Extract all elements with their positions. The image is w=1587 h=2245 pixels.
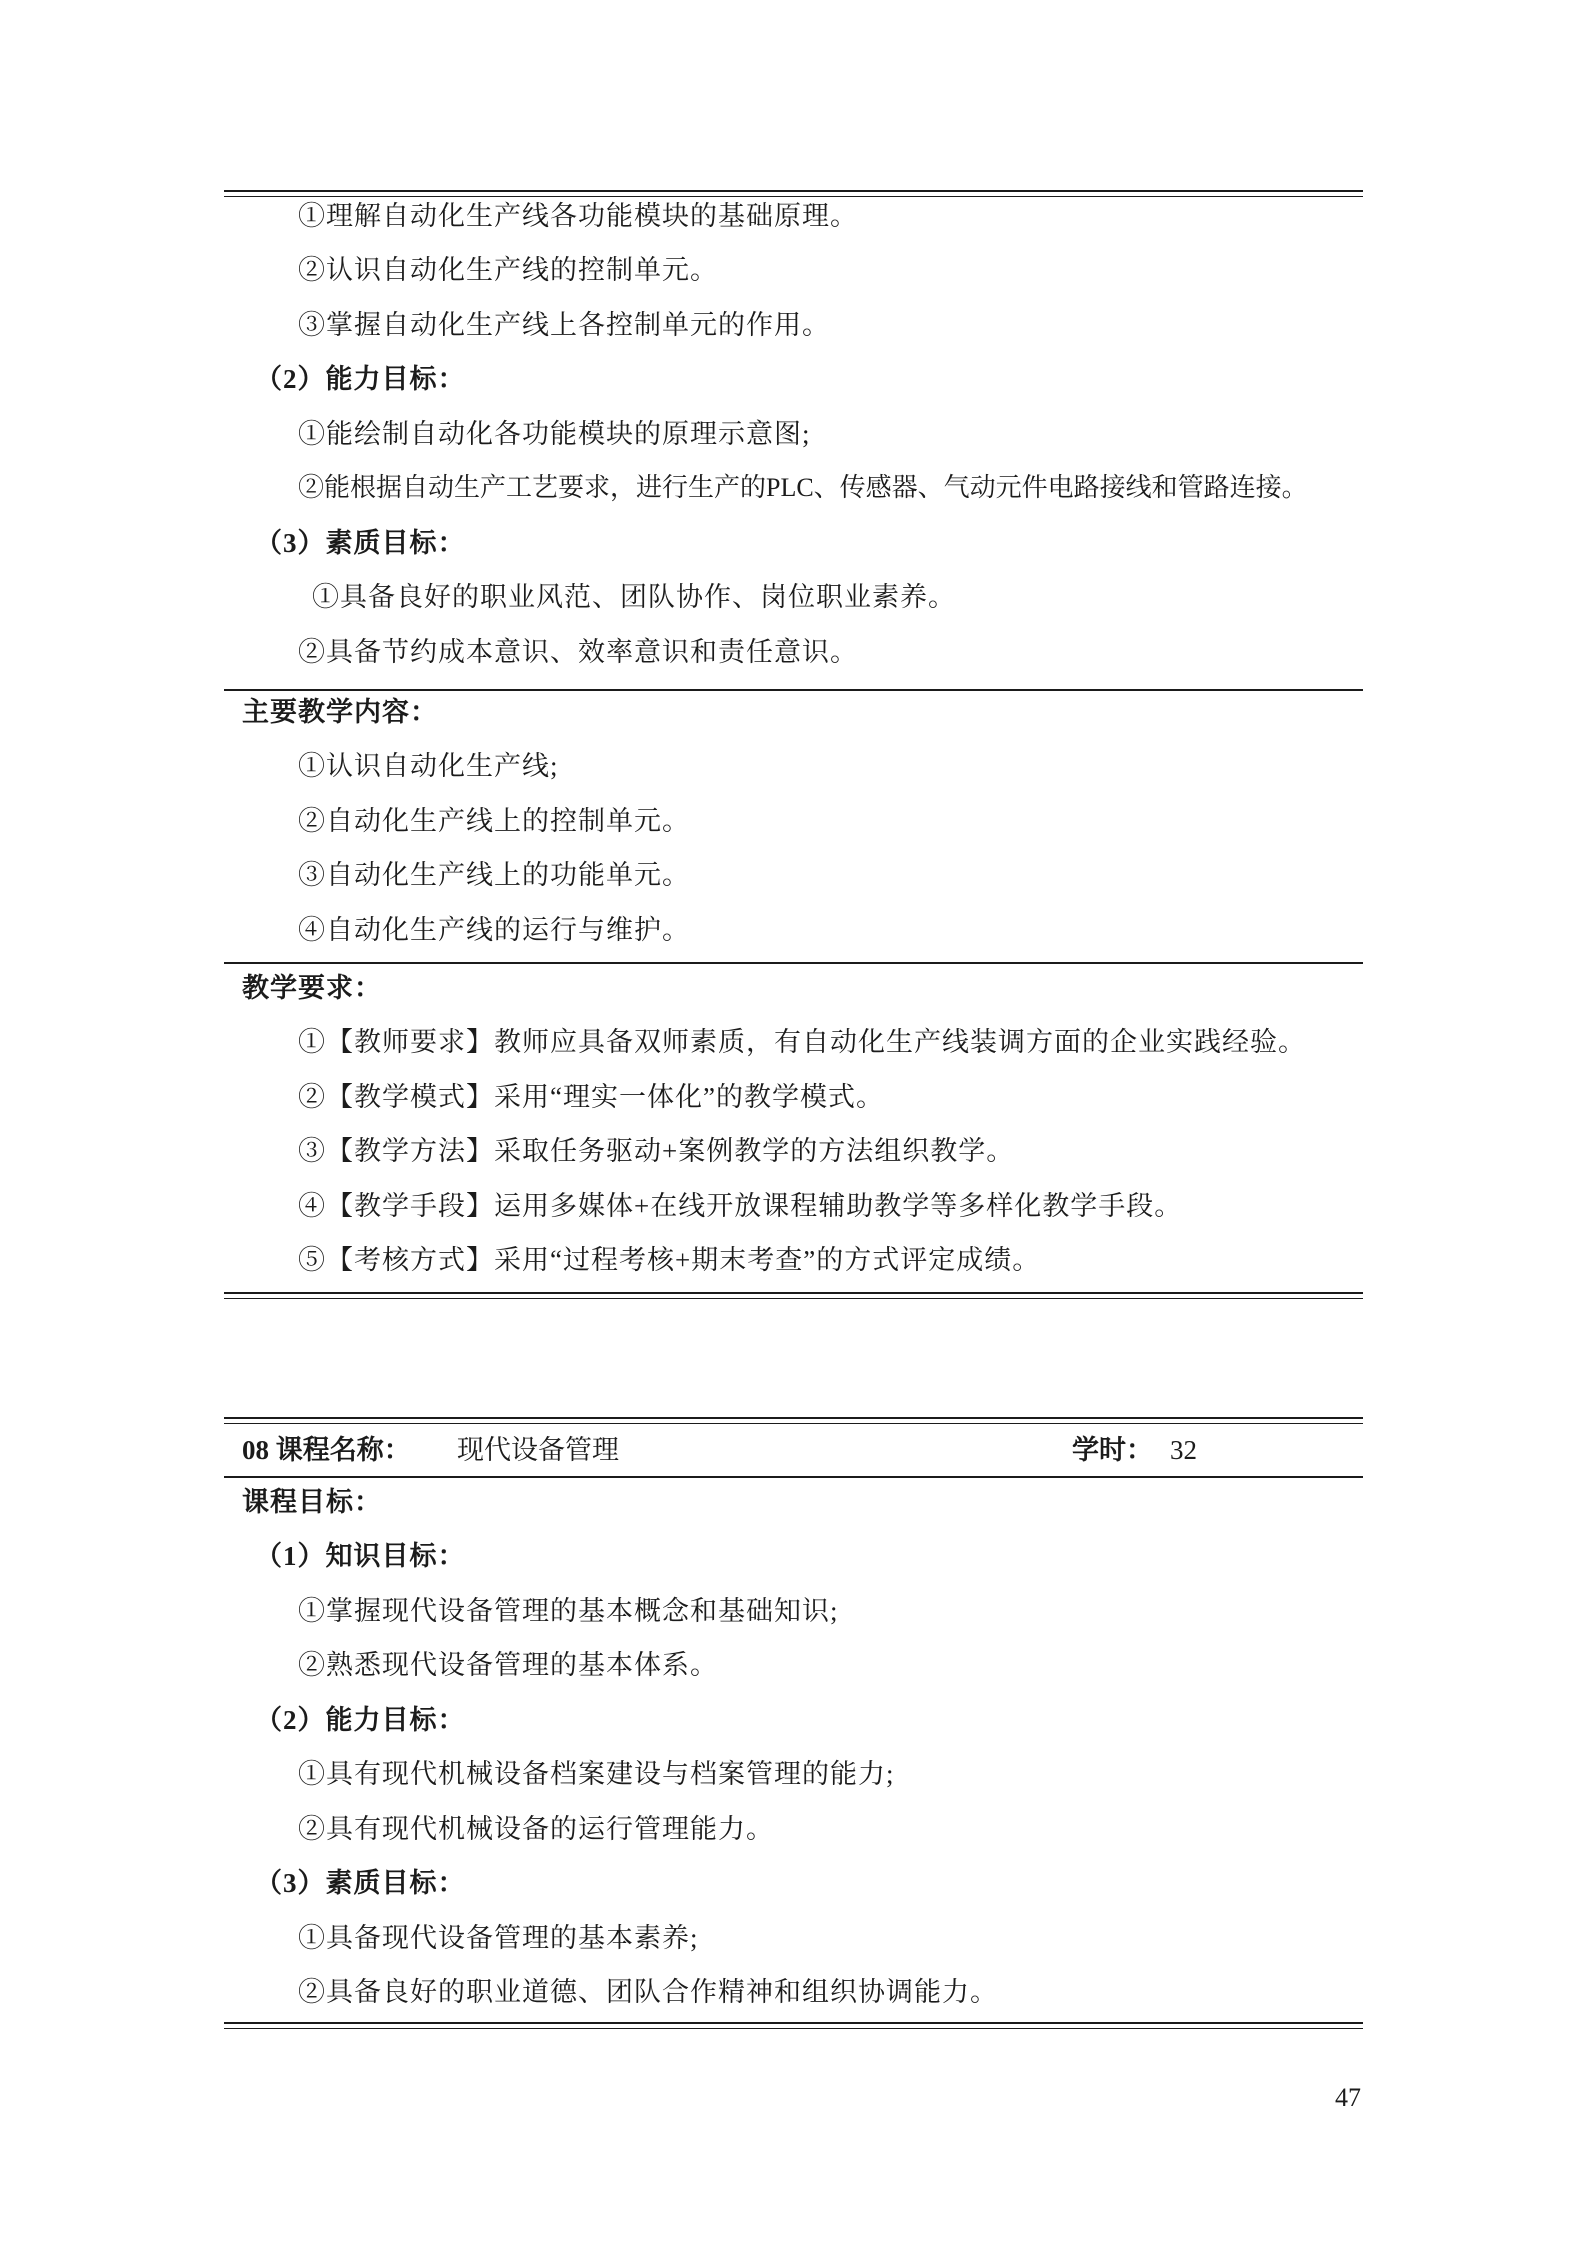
table2-top-border bbox=[224, 1417, 1363, 1424]
table1-bottom-border bbox=[224, 1292, 1363, 1299]
goal-row: ②具有现代机械设备的运行管理能力。 bbox=[298, 1802, 774, 1856]
table2-bottom-border bbox=[224, 2022, 1363, 2029]
hours-label: 学时： bbox=[1072, 1424, 1153, 1476]
objective-row: ②能根据自动生产工艺要求，进行生产的PLC、传感器、气动元件电路接线和管路连接。 bbox=[298, 461, 1308, 515]
requirement-row: ①【教师要求】教师应具备双师素质，有自动化生产线装调方面的企业实践经验。 bbox=[298, 1015, 1306, 1069]
requirements-section-header: 教学要求： bbox=[242, 961, 382, 1015]
section-header-quality: （3）素质目标： bbox=[255, 516, 466, 570]
goal-row: ②熟悉现代设备管理的基本体系。 bbox=[298, 1638, 718, 1692]
objective-row: ①能绘制自动化各功能模块的原理示意图; bbox=[298, 407, 811, 461]
goal-section-ability: （2）能力目标： bbox=[255, 1693, 466, 1747]
course-number-label: 08 课程名称： bbox=[242, 1424, 411, 1476]
requirement-row: ②【教学模式】采用“理实一体化”的教学模式。 bbox=[298, 1070, 884, 1124]
goal-section-quality: （3）素质目标： bbox=[255, 1856, 466, 1910]
content-row: ①认识自动化生产线; bbox=[298, 739, 559, 793]
section-header-ability: （2）能力目标： bbox=[255, 352, 466, 406]
objective-row: ②具备节约成本意识、效率意识和责任意识。 bbox=[298, 625, 858, 679]
goal-row: ①具有现代机械设备档案建设与档案管理的能力; bbox=[298, 1747, 895, 1801]
hours-value: 32 bbox=[1170, 1424, 1197, 1476]
course-name: 现代设备管理 bbox=[457, 1424, 619, 1476]
content-row: ③自动化生产线上的功能单元。 bbox=[298, 848, 690, 902]
page-number: 47 bbox=[1322, 2071, 1374, 2125]
objective-row: ①具备良好的职业风范、团队协作、岗位职业素养。 bbox=[312, 570, 956, 624]
objective-row: ①理解自动化生产线各功能模块的基础原理。 bbox=[298, 189, 858, 243]
requirement-row: ③【教学方法】采取任务驱动+案例教学的方法组织教学。 bbox=[298, 1124, 1014, 1178]
objective-row: ②认识自动化生产线的控制单元。 bbox=[298, 243, 718, 297]
requirement-row: ⑤【考核方式】采用“过程考核+期末考查”的方式评定成绩。 bbox=[298, 1233, 1040, 1287]
goal-row: ②具备良好的职业道德、团队合作精神和组织协调能力。 bbox=[298, 1965, 998, 2019]
table1-divider-requirements bbox=[224, 962, 1363, 964]
content-section-header: 主要教学内容： bbox=[242, 685, 438, 739]
objective-row: ③掌握自动化生产线上各控制单元的作用。 bbox=[298, 298, 830, 352]
course-header-row: 08 课程名称： 现代设备管理 学时： 32 bbox=[242, 1424, 1363, 1476]
table2-header-divider bbox=[224, 1476, 1363, 1478]
requirement-row: ④【教学手段】运用多媒体+在线开放课程辅助教学等多样化教学手段。 bbox=[298, 1179, 1182, 1233]
goal-row: ①掌握现代设备管理的基本概念和基础知识; bbox=[298, 1584, 839, 1638]
goal-section-knowledge: （1）知识目标： bbox=[255, 1529, 466, 1583]
content-row: ④自动化生产线的运行与维护。 bbox=[298, 903, 690, 957]
content-row: ②自动化生产线上的控制单元。 bbox=[298, 794, 690, 848]
goals-section-header: 课程目标： bbox=[242, 1475, 382, 1529]
goal-row: ①具备现代设备管理的基本素养; bbox=[298, 1911, 699, 1965]
document-page: ①理解自动化生产线各功能模块的基础原理。 ②认识自动化生产线的控制单元。 ③掌握… bbox=[0, 0, 1587, 2245]
